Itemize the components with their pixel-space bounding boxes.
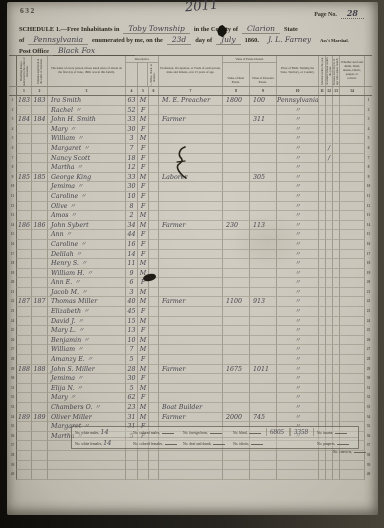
married-mark — [319, 374, 326, 384]
school-mark — [326, 230, 333, 240]
cannot-read-mark — [333, 393, 340, 403]
line-number: 21 — [9, 288, 16, 298]
line-number: 38 — [365, 451, 372, 461]
school-mark — [326, 211, 333, 221]
dwelling-number — [16, 202, 32, 212]
deaf-dumb-total: No. deaf and dumb, — [180, 440, 230, 446]
column-number: 5 — [138, 87, 149, 95]
sex: M — [138, 269, 149, 279]
cannot-read-mark — [333, 269, 340, 279]
table-row: 3939 — [9, 461, 372, 471]
color — [149, 345, 159, 355]
birthplace: Pennsylvania — [277, 96, 319, 106]
personal-estate-value — [250, 134, 277, 144]
line-number: 40 — [9, 470, 16, 480]
scanned-census-page: 632 2011 Page No.28 SCHEDULE 1.—Free Inh… — [0, 0, 384, 528]
family-number — [32, 269, 48, 279]
sex: F — [138, 154, 149, 164]
person-name: Elija N. 〃 — [48, 384, 126, 394]
dwelling-number — [16, 461, 32, 471]
family-number: 187 — [32, 297, 48, 307]
dwelling-number — [16, 422, 32, 432]
person-name: Mary 〃 — [48, 393, 126, 403]
family-number — [32, 259, 48, 269]
col-header-name: The name of every person whose usual pla… — [48, 56, 126, 86]
dwelling-number — [16, 470, 32, 480]
occupation — [159, 192, 223, 202]
sex: M — [138, 384, 149, 394]
person-name: Ira Smith — [48, 96, 126, 106]
married-mark — [319, 413, 326, 423]
line-number: 14 — [9, 221, 16, 231]
occupation — [159, 250, 223, 260]
family-number — [32, 202, 48, 212]
personal-estate-value — [250, 250, 277, 260]
remarks — [340, 384, 365, 394]
table-row: 21Jacob M. 〃3M〃21 — [9, 288, 372, 298]
line-number: 23 — [9, 307, 16, 317]
occupation — [159, 288, 223, 298]
family-number — [32, 278, 48, 288]
personal-estate-value — [250, 461, 277, 471]
sex — [138, 461, 149, 471]
table-header: Dwelling-houses numbered in the order of… — [9, 55, 372, 87]
sex: M — [138, 96, 149, 106]
color — [149, 163, 159, 173]
family-number: 188 — [32, 365, 48, 375]
school-mark — [326, 470, 333, 480]
cannot-read-mark — [333, 106, 340, 116]
age: 16 — [126, 240, 138, 250]
cannot-read-mark — [333, 365, 340, 375]
table-row: 23Elizabeth 〃45F〃23 — [9, 307, 372, 317]
insane-total: No. insane, — [314, 429, 354, 435]
dwelling-number — [16, 384, 32, 394]
real-estate-value — [223, 307, 250, 317]
real-estate-value — [223, 115, 250, 125]
married-mark — [319, 163, 326, 173]
line-number: 31 — [9, 384, 16, 394]
age: 44 — [126, 230, 138, 240]
dwelling-number — [16, 307, 32, 317]
totals-footer: No. white males,14 No. colored males, No… — [71, 426, 359, 449]
line-number: 15 — [365, 230, 372, 240]
family-number — [32, 144, 48, 154]
person-name: Martha 〃 — [48, 163, 126, 173]
line-number: 1 — [9, 96, 16, 106]
line-number: 12 — [9, 202, 16, 212]
occupation — [159, 278, 223, 288]
school-mark — [326, 374, 333, 384]
col-header-personal-estate: Value of Personal Estate. — [250, 63, 276, 86]
col-header-cannot-read: Persons over 20 y'rs of age who cannot r… — [333, 56, 340, 86]
age: 7 — [126, 144, 138, 154]
remarks — [340, 326, 365, 336]
birthplace: 〃 — [277, 163, 319, 173]
sex: F — [138, 326, 149, 336]
school-mark — [326, 365, 333, 375]
occupation: Laborer — [159, 173, 223, 183]
family-number — [32, 211, 48, 221]
sex: M — [138, 317, 149, 327]
married-mark — [319, 461, 326, 471]
family-number — [32, 163, 48, 173]
table-row: 14186186John Sybert34MFarmer230113〃14 — [9, 221, 372, 231]
age — [126, 451, 138, 461]
person-name: George King — [48, 173, 126, 183]
sex: F — [138, 182, 149, 192]
school-mark — [326, 393, 333, 403]
line-number: 26 — [9, 336, 16, 346]
married-mark — [319, 125, 326, 135]
cannot-read-mark — [333, 470, 340, 480]
personal-estate-value — [250, 374, 277, 384]
line-number: 17 — [365, 250, 372, 260]
age: 31 — [126, 413, 138, 423]
line-number: 19 — [9, 269, 16, 279]
family-number — [32, 240, 48, 250]
real-estate-value: 1675 — [223, 365, 250, 375]
occupation — [159, 240, 223, 250]
column-number: 13 — [333, 87, 340, 95]
cannot-read-mark — [333, 221, 340, 231]
table-row: 16Caroline 〃16F〃16 — [9, 240, 372, 250]
color — [149, 182, 159, 192]
family-number — [32, 317, 48, 327]
school-mark — [326, 250, 333, 260]
line-number: 3 — [9, 115, 16, 125]
occupation: Farmer — [159, 221, 223, 231]
line-number: 10 — [9, 182, 16, 192]
real-estate-value — [223, 211, 250, 221]
personal-estate-value: 1011 — [250, 365, 277, 375]
school-mark — [326, 413, 333, 423]
person-name: Elizabeth 〃 — [48, 307, 126, 317]
line-number: 4 — [365, 125, 372, 135]
cannot-read-mark — [333, 163, 340, 173]
age: 10 — [126, 336, 138, 346]
school-mark — [326, 288, 333, 298]
family-number — [32, 326, 48, 336]
paupers-total: No. paupers, — [314, 440, 354, 446]
table-row: 24David J. 〃15M〃24 — [9, 317, 372, 327]
table-row: 1183183Ira Smith63MM. E. Preacher1800100… — [9, 96, 372, 106]
age: 5 — [126, 355, 138, 365]
line-number: 27 — [365, 345, 372, 355]
sex: M — [138, 365, 149, 375]
age: 40 — [126, 297, 138, 307]
color — [149, 259, 159, 269]
person-name: Benjamin 〃 — [48, 336, 126, 346]
age: 52 — [126, 106, 138, 116]
married-mark — [319, 288, 326, 298]
real-estate-value: 230 — [223, 221, 250, 231]
cannot-read-mark — [333, 461, 340, 471]
married-mark — [319, 345, 326, 355]
real-estate-value — [223, 144, 250, 154]
dwelling-number: 189 — [16, 413, 32, 423]
line-number: 22 — [365, 297, 372, 307]
age: 18 — [126, 154, 138, 164]
personal-estate-total: 3358 — [290, 428, 314, 436]
color — [149, 403, 159, 413]
birthplace: 〃 — [277, 413, 319, 423]
person-name: Chambers O. 〃 — [48, 403, 126, 413]
remarks — [340, 259, 365, 269]
remarks — [340, 125, 365, 135]
col-header-dwelling: Dwelling-houses numbered in the order of… — [16, 56, 32, 86]
color — [149, 173, 159, 183]
line-number: 6 — [365, 144, 372, 154]
personal-estate-value — [250, 317, 277, 327]
birthplace: 〃 — [277, 221, 319, 231]
page-number: Page No.28 — [314, 8, 364, 18]
occupation — [159, 211, 223, 221]
occupation — [159, 259, 223, 269]
occupation — [159, 326, 223, 336]
color — [149, 365, 159, 375]
person-name — [48, 461, 126, 471]
color — [149, 154, 159, 164]
line-number: 18 — [365, 259, 372, 269]
school-mark — [326, 259, 333, 269]
occupation: Farmer — [159, 115, 223, 125]
occupation — [159, 144, 223, 154]
real-estate-value — [223, 451, 250, 461]
dwelling-number — [16, 182, 32, 192]
family-number — [32, 393, 48, 403]
sex: M — [138, 288, 149, 298]
birthplace: 〃 — [277, 154, 319, 164]
table-row: 6Margaret 〃7F〃/6 — [9, 144, 372, 154]
birthplace: 〃 — [277, 269, 319, 279]
line-number: 39 — [9, 461, 16, 471]
age: 2 — [126, 211, 138, 221]
handwritten-top-number: 2011 — [184, 0, 218, 15]
age: 7 — [126, 345, 138, 355]
sex — [138, 451, 149, 461]
personal-estate-value: 305 — [250, 173, 277, 183]
remarks — [340, 202, 365, 212]
table-row: 30Jemima 〃30F〃30 — [9, 374, 372, 384]
line-number: 29 — [9, 365, 16, 375]
cannot-read-mark — [333, 288, 340, 298]
married-mark — [319, 202, 326, 212]
remarks — [340, 374, 365, 384]
real-estate-value — [223, 374, 250, 384]
real-estate-value — [223, 288, 250, 298]
color — [149, 96, 159, 106]
cannot-read-mark — [333, 240, 340, 250]
table-row: 22187187Thomas Miller40MFarmer1100913〃22 — [9, 297, 372, 307]
sex: M — [138, 403, 149, 413]
school-mark — [326, 163, 333, 173]
family-number — [32, 451, 48, 461]
person-name: Rachel 〃 — [48, 106, 126, 116]
personal-estate-value — [250, 403, 277, 413]
occupation — [159, 106, 223, 116]
person-name: William H. 〃 — [48, 269, 126, 279]
married-mark — [319, 259, 326, 269]
family-number — [32, 106, 48, 116]
age: 62 — [126, 393, 138, 403]
age: 3 — [126, 288, 138, 298]
table-row: 34189189Oliver Miller31MFarmer2000745〃34 — [9, 413, 372, 423]
color — [149, 413, 159, 423]
age: 11 — [126, 259, 138, 269]
remarks — [340, 365, 365, 375]
married-mark — [319, 365, 326, 375]
person-name: Ann E. 〃 — [48, 278, 126, 288]
line-number: 4 — [9, 125, 16, 135]
age: 3 — [126, 134, 138, 144]
occupation — [159, 269, 223, 279]
age — [126, 470, 138, 480]
line-number: 2 — [9, 106, 16, 116]
color — [149, 317, 159, 327]
remarks — [340, 240, 365, 250]
school-mark — [326, 125, 333, 135]
line-number: 16 — [365, 240, 372, 250]
married-mark — [319, 470, 326, 480]
cannot-read-mark — [333, 345, 340, 355]
personal-estate-value — [250, 451, 277, 461]
sex: F — [138, 163, 149, 173]
personal-estate-value — [250, 355, 277, 365]
table-row: 28Amanzy E. 〃5F〃28 — [9, 355, 372, 365]
line-number: 25 — [9, 326, 16, 336]
personal-estate-value: 311 — [250, 115, 277, 125]
occupation — [159, 374, 223, 384]
color — [149, 461, 159, 471]
color — [149, 307, 159, 317]
table-row: 12Olive 〃8F〃12 — [9, 202, 372, 212]
real-estate-total: 6805 — [266, 428, 290, 436]
remarks — [340, 297, 365, 307]
married-mark — [319, 336, 326, 346]
real-estate-value — [223, 134, 250, 144]
cannot-read-mark — [333, 173, 340, 183]
age: 28 — [126, 365, 138, 375]
line-number: 29 — [365, 365, 372, 375]
col-header-married: Married within the year. — [319, 56, 326, 86]
cannot-read-mark — [333, 374, 340, 384]
color — [149, 211, 159, 221]
dwelling-number — [16, 134, 32, 144]
birthplace: 〃 — [277, 115, 319, 125]
table-row: 3184184John H. Smith33MFarmer311〃3 — [9, 115, 372, 125]
real-estate-value: 1800 — [223, 96, 250, 106]
color — [149, 336, 159, 346]
table-row: 27William 〃7M〃27 — [9, 345, 372, 355]
personal-estate-value — [250, 307, 277, 317]
dwelling-number: 186 — [16, 221, 32, 231]
birthplace: 〃 — [277, 106, 319, 116]
occupation — [159, 163, 223, 173]
dwelling-number: 188 — [16, 365, 32, 375]
sex: M — [138, 173, 149, 183]
dwelling-number — [16, 288, 32, 298]
line-number: 13 — [9, 211, 16, 221]
cannot-read-mark — [333, 96, 340, 106]
remarks — [340, 144, 365, 154]
sex: F — [138, 125, 149, 135]
cannot-read-mark — [333, 297, 340, 307]
table-body: 1183183Ira Smith63MM. E. Preacher1800100… — [9, 96, 372, 480]
color — [149, 115, 159, 125]
married-mark — [319, 297, 326, 307]
family-number — [32, 250, 48, 260]
person-name: Olive 〃 — [48, 202, 126, 212]
real-estate-value — [223, 259, 250, 269]
person-name: Caroline 〃 — [48, 240, 126, 250]
column-number: 2 — [32, 87, 48, 95]
age — [126, 461, 138, 471]
col-header-sex: Sex. — [138, 63, 149, 86]
person-name: William 〃 — [48, 134, 126, 144]
person-name: David J. 〃 — [48, 317, 126, 327]
occupation — [159, 230, 223, 240]
color — [149, 230, 159, 240]
age: 9 — [126, 269, 138, 279]
color — [149, 288, 159, 298]
column-number: 6 — [149, 87, 159, 95]
family-number: 189 — [32, 413, 48, 423]
line-number: 15 — [9, 230, 16, 240]
person-name: Mary 〃 — [48, 125, 126, 135]
occupation — [159, 355, 223, 365]
age: 10 — [126, 192, 138, 202]
color — [149, 393, 159, 403]
col-header-school: Attended School within the year. — [326, 56, 333, 86]
real-estate-value — [223, 250, 250, 260]
school-mark — [326, 403, 333, 413]
birthplace: 〃 — [277, 278, 319, 288]
sex: F — [138, 374, 149, 384]
line-number: 1 — [365, 96, 372, 106]
table-row: 31Elija N. 〃5M〃31 — [9, 384, 372, 394]
person-name: Jacob M. 〃 — [48, 288, 126, 298]
real-estate-value: 2000 — [223, 413, 250, 423]
real-estate-value — [223, 326, 250, 336]
family-number — [32, 441, 48, 451]
line-number: 36 — [365, 432, 372, 442]
personal-estate-value — [250, 269, 277, 279]
school-mark — [326, 134, 333, 144]
occupation — [159, 202, 223, 212]
birthplace: 〃 — [277, 250, 319, 260]
col-header-age: Age. — [126, 63, 138, 86]
color — [149, 297, 159, 307]
person-name: Mary L. 〃 — [48, 326, 126, 336]
real-estate-value — [223, 345, 250, 355]
remarks — [340, 115, 365, 125]
colored-males-total: No. colored males, — [130, 429, 180, 435]
personal-estate-value — [250, 336, 277, 346]
line-number: 22 — [9, 297, 16, 307]
remarks — [340, 134, 365, 144]
dwelling-number — [16, 144, 32, 154]
line-number: 37 — [365, 441, 372, 451]
school-mark — [326, 384, 333, 394]
column-number-row: 1234567891011121314 — [9, 87, 372, 96]
real-estate-value — [223, 336, 250, 346]
married-mark — [319, 144, 326, 154]
family-number — [32, 403, 48, 413]
column-number: 1 — [16, 87, 32, 95]
occupation — [159, 154, 223, 164]
real-estate-value — [223, 384, 250, 394]
